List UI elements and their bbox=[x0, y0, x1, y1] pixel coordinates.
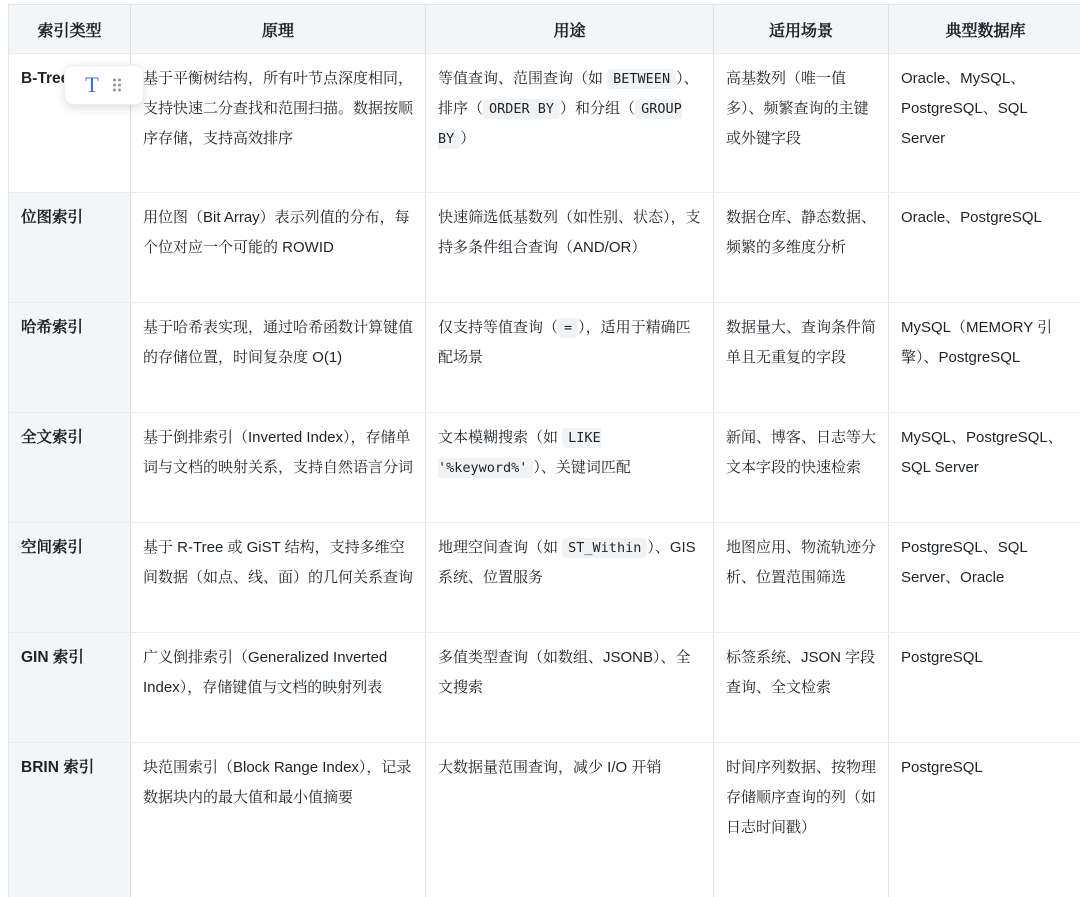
principle-cell[interactable]: 基于哈希表实现，通过哈希函数计算键值的存储位置，时间复杂度 O(1) bbox=[131, 303, 426, 413]
table-row: 位图索引用位图（Bit Array）表示列值的分布，每个位对应一个可能的 ROW… bbox=[9, 193, 1080, 303]
databases-cell[interactable]: Oracle、MySQL、PostgreSQL、SQL Server bbox=[889, 54, 1080, 193]
table-row: GIN 索引广义倒排索引（Generalized Inverted Index）… bbox=[9, 633, 1080, 743]
index-type-cell[interactable]: 空间索引 bbox=[9, 523, 131, 633]
usage-text: 多值类型查询（如数组、JSONB）、全文搜索 bbox=[438, 649, 691, 696]
index-type-cell[interactable]: GIN 索引 bbox=[9, 633, 131, 743]
scenario-cell[interactable]: 数据仓库、静态数据、频繁的多维度分析 bbox=[714, 193, 889, 303]
principle-cell[interactable]: 基于 R-Tree 或 GiST 结构，支持多维空间数据（如点、线、面）的几何关… bbox=[131, 523, 426, 633]
column-header-5[interactable]: 典型数据库 bbox=[889, 5, 1080, 54]
usage-cell[interactable]: 多值类型查询（如数组、JSONB）、全文搜索 bbox=[426, 633, 714, 743]
usage-cell[interactable]: 快速筛选低基数列（如性别、状态），支持多条件组合查询（AND/OR） bbox=[426, 193, 714, 303]
document-page: 索引类型原理用途适用场景典型数据库 B-Tree基于平衡树结构，所有叶节点深度相… bbox=[0, 4, 1080, 897]
scenario-cell[interactable]: 地图应用、物流轨迹分析、位置范围筛选 bbox=[714, 523, 889, 633]
principle-cell[interactable]: 基于平衡树结构，所有叶节点深度相同，支持快速二分查找和范围扫描。数据按顺序存储，… bbox=[131, 54, 426, 193]
table-row: 全文索引基于倒排索引（Inverted Index），存储单词与文档的映射关系，… bbox=[9, 413, 1080, 523]
databases-cell[interactable]: MySQL（MEMORY 引擎）、PostgreSQL bbox=[889, 303, 1080, 413]
table-row: 空间索引基于 R-Tree 或 GiST 结构，支持多维空间数据（如点、线、面）… bbox=[9, 523, 1080, 633]
principle-cell[interactable]: 块范围索引（Block Range Index），记录数据块内的最大值和最小值摘… bbox=[131, 743, 426, 897]
index-types-table: 索引类型原理用途适用场景典型数据库 B-Tree基于平衡树结构，所有叶节点深度相… bbox=[8, 4, 1080, 897]
databases-cell[interactable]: PostgreSQL bbox=[889, 743, 1080, 897]
databases-cell[interactable]: PostgreSQL bbox=[889, 633, 1080, 743]
inline-code: ST_Within bbox=[562, 538, 647, 558]
usage-cell[interactable]: 地理空间查询（如 ST_Within）、GIS 系统、位置服务 bbox=[426, 523, 714, 633]
six-dots-drag-icon[interactable] bbox=[111, 77, 123, 93]
scenario-cell[interactable]: 标签系统、JSON 字段查询、全文检索 bbox=[714, 633, 889, 743]
index-type-cell[interactable]: BRIN 索引 bbox=[9, 743, 131, 897]
databases-cell[interactable]: Oracle、PostgreSQL bbox=[889, 193, 1080, 303]
usage-text: ）和分组（ bbox=[560, 100, 635, 117]
inline-code: = bbox=[558, 318, 578, 338]
table-row: 哈希索引基于哈希表实现，通过哈希函数计算键值的存储位置，时间复杂度 O(1)仅支… bbox=[9, 303, 1080, 413]
table-body: B-Tree基于平衡树结构，所有叶节点深度相同，支持快速二分查找和范围扫描。数据… bbox=[9, 54, 1080, 897]
scenario-cell[interactable]: 数据量大、查询条件简单且无重复的字段 bbox=[714, 303, 889, 413]
index-type-cell[interactable]: 全文索引 bbox=[9, 413, 131, 523]
usage-text: 等值查询、范围查询（如 bbox=[438, 70, 607, 87]
column-header-4[interactable]: 适用场景 bbox=[714, 5, 889, 54]
usage-text: 大数据量范围查询，减少 I/O 开销 bbox=[438, 759, 661, 776]
usage-cell[interactable]: 文本模糊搜索（如 LIKE '%keyword%'）、关键词匹配 bbox=[426, 413, 714, 523]
databases-cell[interactable]: MySQL、PostgreSQL、SQL Server bbox=[889, 413, 1080, 523]
principle-cell[interactable]: 用位图（Bit Array）表示列值的分布，每个位对应一个可能的 ROWID bbox=[131, 193, 426, 303]
column-header-2[interactable]: 原理 bbox=[131, 5, 426, 54]
usage-cell[interactable]: 仅支持等值查询（=），适用于精确匹配场景 bbox=[426, 303, 714, 413]
usage-text: 快速筛选低基数列（如性别、状态），支持多条件组合查询（AND/OR） bbox=[438, 209, 701, 256]
scenario-cell[interactable]: 新闻、博客、日志等大文本字段的快速检索 bbox=[714, 413, 889, 523]
usage-cell[interactable]: 大数据量范围查询，减少 I/O 开销 bbox=[426, 743, 714, 897]
scenario-cell[interactable]: 高基数列（唯一值多）、频繁查询的主键或外键字段 bbox=[714, 54, 889, 193]
principle-cell[interactable]: 广义倒排索引（Generalized Inverted Index），存储键值与… bbox=[131, 633, 426, 743]
table-header-row: 索引类型原理用途适用场景典型数据库 bbox=[9, 5, 1080, 54]
usage-text: 文本模糊搜索（如 bbox=[438, 429, 562, 446]
inline-code: BETWEEN bbox=[607, 69, 676, 89]
table-row: B-Tree基于平衡树结构，所有叶节点深度相同，支持快速二分查找和范围扫描。数据… bbox=[9, 54, 1080, 193]
column-header-1[interactable]: 索引类型 bbox=[9, 5, 131, 54]
databases-cell[interactable]: PostgreSQL、SQL Server、Oracle bbox=[889, 523, 1080, 633]
text-format-icon[interactable]: T bbox=[85, 74, 98, 96]
usage-text: ） bbox=[460, 130, 475, 147]
cell-hover-toolbar[interactable]: T bbox=[64, 65, 144, 105]
index-type-cell[interactable]: 位图索引 bbox=[9, 193, 131, 303]
table-row: BRIN 索引块范围索引（Block Range Index），记录数据块内的最… bbox=[9, 743, 1080, 897]
usage-text: 仅支持等值查询（ bbox=[438, 319, 558, 336]
usage-text: ）、关键词匹配 bbox=[533, 459, 631, 476]
scenario-cell[interactable]: 时间序列数据、按物理存储顺序查询的列（如日志时间戳） bbox=[714, 743, 889, 897]
index-type-cell[interactable]: 哈希索引 bbox=[9, 303, 131, 413]
principle-cell[interactable]: 基于倒排索引（Inverted Index），存储单词与文档的映射关系，支持自然… bbox=[131, 413, 426, 523]
usage-text: 地理空间查询（如 bbox=[438, 539, 562, 556]
inline-code: ORDER BY bbox=[483, 99, 560, 119]
column-header-3[interactable]: 用途 bbox=[426, 5, 714, 54]
usage-cell[interactable]: 等值查询、范围查询（如 BETWEEN）、排序（ORDER BY）和分组（GRO… bbox=[426, 54, 714, 193]
